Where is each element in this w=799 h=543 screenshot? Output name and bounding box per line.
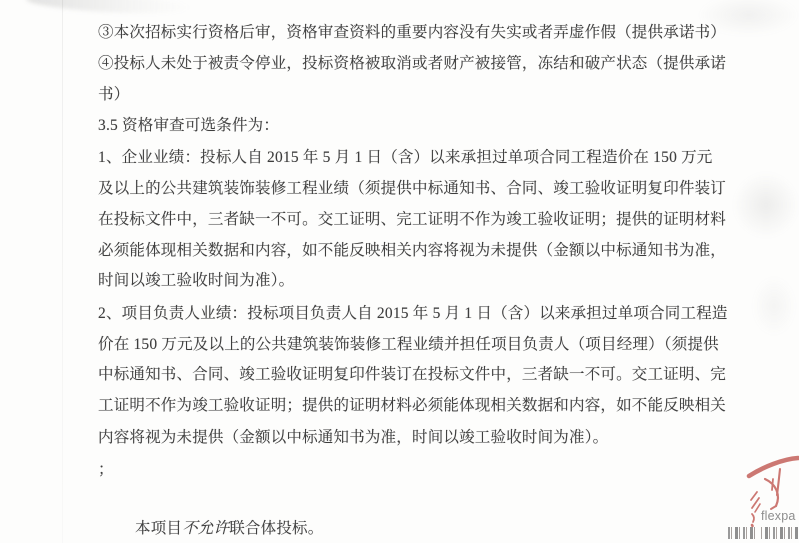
text-line: 在投标文件中，三者缺一不可。交工证明、完工证明不作为竣工验收证明；提供的证明材料 [98, 207, 726, 229]
text-line: ； [98, 457, 114, 479]
text-line: 书） [98, 82, 129, 104]
text-line: 时间以竣工验收时间为准）。 [98, 268, 294, 290]
footer-prefix: 本项目 [135, 520, 182, 537]
text-line: 工证明不作为竣工验收证明；提供的证明材料必须能体现相关数据和内容，如不能反映相关 [98, 393, 726, 415]
text-line: 中标通知书、合同、竣工验收证明复印件装订在投标文件中，三者缺一不可。交工证明、完 [98, 362, 726, 384]
page-edge-shadow [62, 0, 63, 543]
red-pen-annotation [729, 438, 799, 538]
barcode-gap [755, 527, 760, 539]
text-line-no-consortium: 本项目不允许联合体投标。 [135, 516, 323, 538]
text-line: 及以上的公共建筑装饰装修工程业绩（须提供中标通知书、合同、竣工验收证明复印件装订 [98, 176, 726, 198]
footer-suffix: 联合体投标。 [229, 520, 323, 537]
text-line: 3.5 资格审查可选条件为： [98, 113, 279, 135]
barcode [728, 527, 799, 539]
flexpa-watermark: flexpa [761, 509, 796, 523]
text-line: 2、项目负责人业绩：投标项目负责人自 2015 年 5 月 1 日（含）以来承担… [98, 301, 728, 323]
text-line: 内容将视为未提供（金额以中标通知书为准，时间以竣工验收时间为准）。 [98, 425, 608, 447]
document-text-block: ③本次招标实行资格后审，资格审查资料的重要内容没有失实或者弄虚作假（提供承诺书）… [98, 0, 758, 543]
text-line: 1、企业业绩：投标人自 2015 年 5 月 1 日（含）以来承担过单项合同工程… [98, 145, 713, 167]
text-line: 价在 150 万元及以上的公共建筑装饰装修工程业绩并担任项目负责人（项目经理）（… [98, 332, 719, 354]
text-line: ④投标人未处于被责令停业，投标资格被取消或者财产被接管，冻结和破产状态（提供承诺 [98, 51, 726, 73]
scanned-document-page: ③本次招标实行资格后审，资格审查资料的重要内容没有失实或者弄虚作假（提供承诺书）… [0, 0, 799, 543]
scan-smudge-right-mid [752, 276, 796, 336]
text-line: 必须能体现相关数据和内容，如不能反映相关内容将视为未提供（金额以中标通知书为准， [98, 238, 726, 260]
text-line: ③本次招标实行资格后审，资格审查资料的重要内容没有失实或者弄虚作假（提供承诺书） [98, 20, 726, 42]
footer-emphasis: 不允许 [182, 520, 229, 537]
